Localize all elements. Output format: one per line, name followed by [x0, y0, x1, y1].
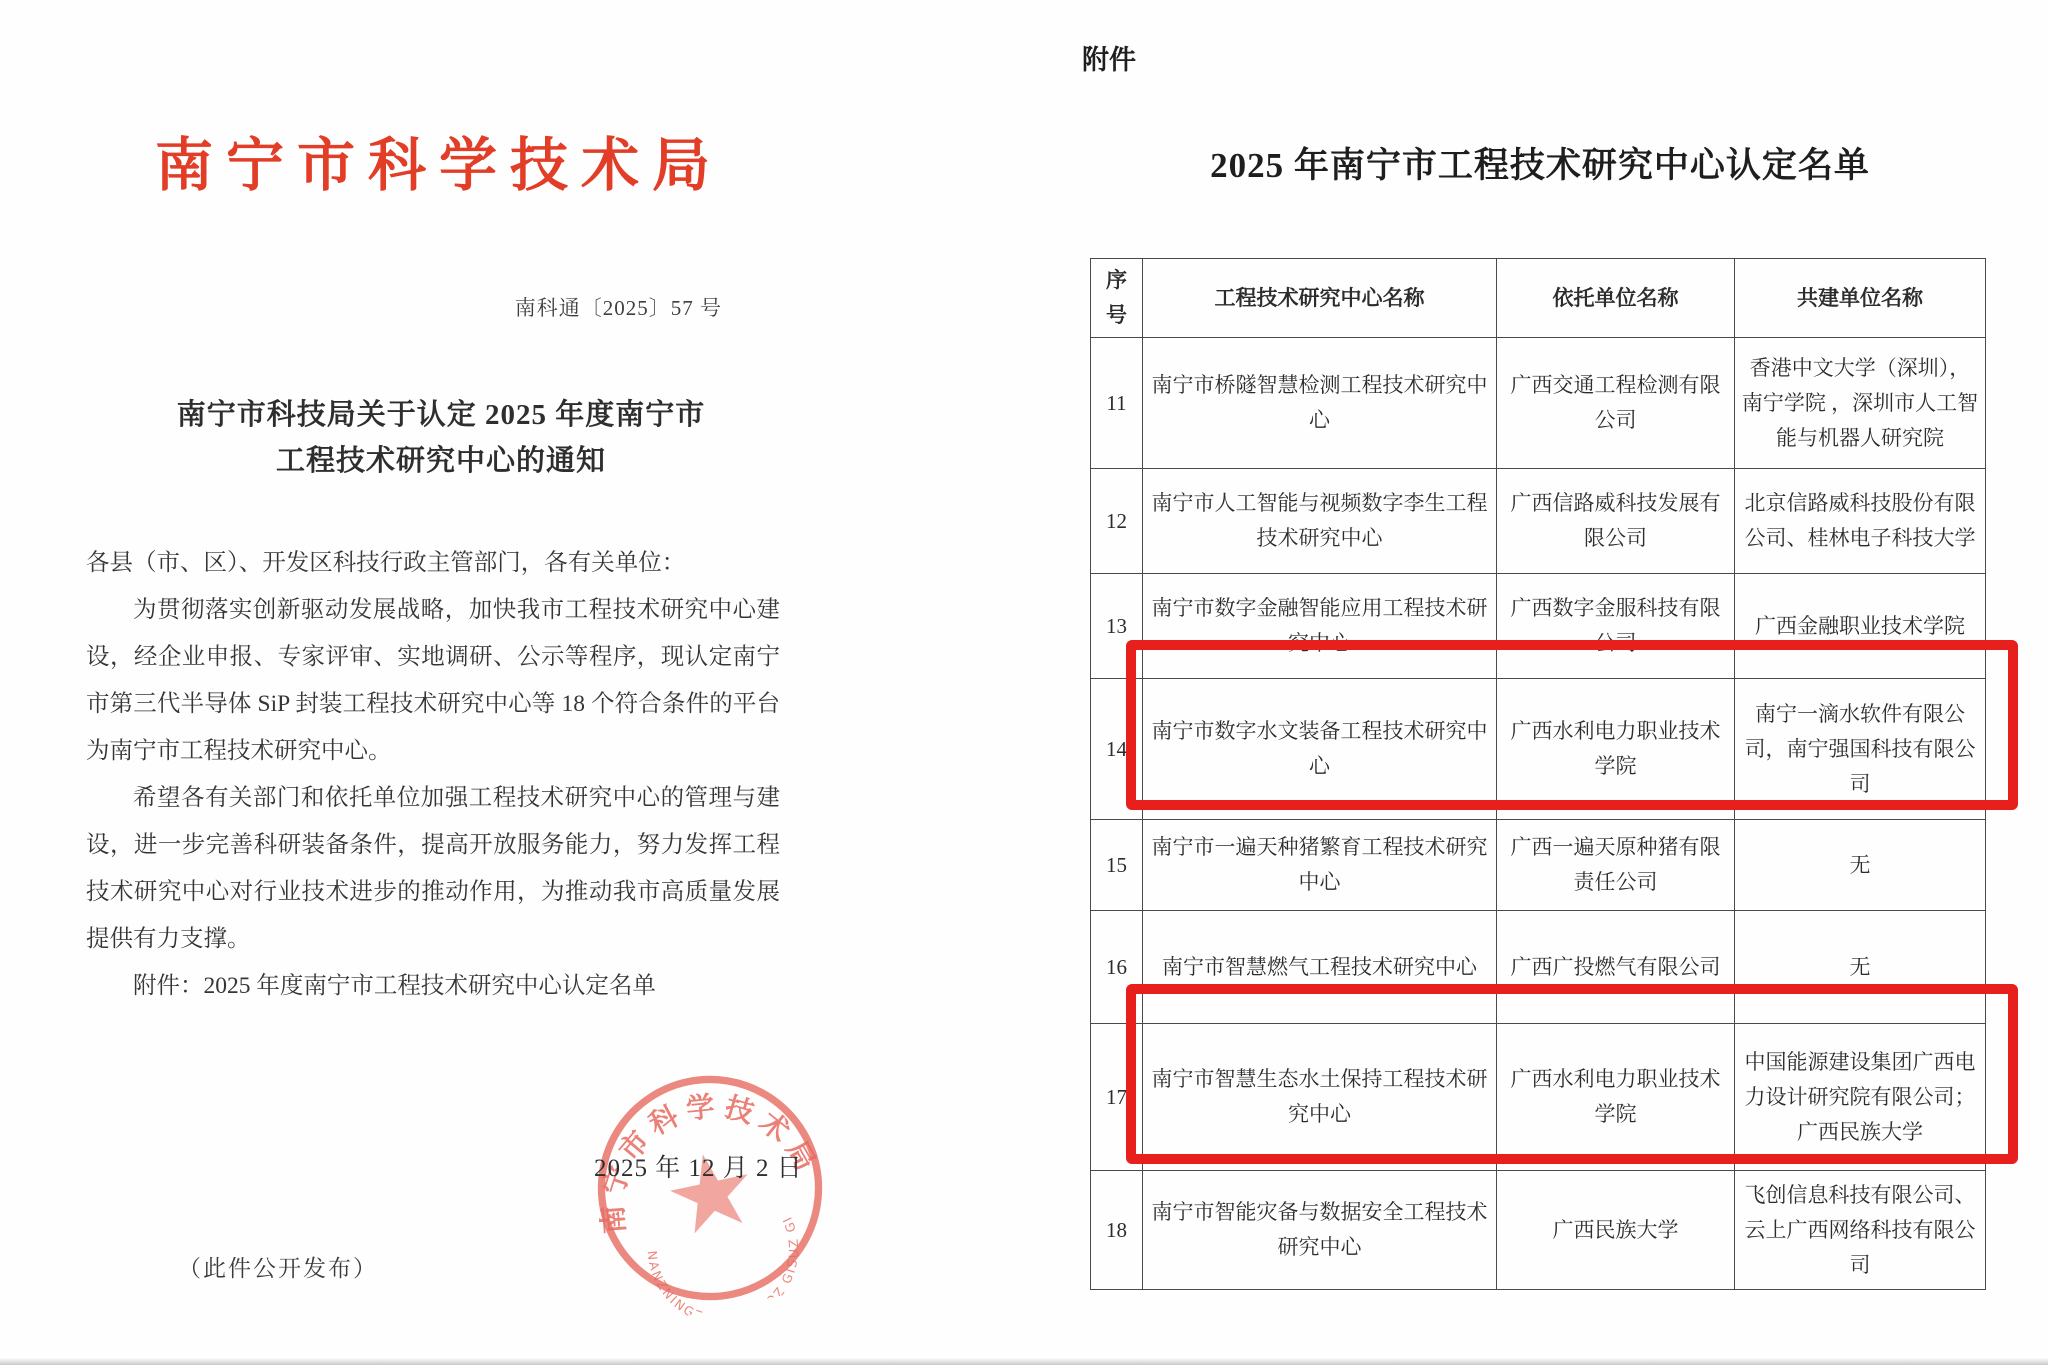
cell-unit: 广西民族大学 — [1497, 1171, 1735, 1290]
scan-bottom-edge — [0, 1358, 2048, 1365]
cell-partners: 南宁一滴水软件有限公司，南宁强国科技有限公司 — [1735, 679, 1986, 820]
table-row: 16 南宁市智慧燃气工程技术研究中心 广西广投燃气有限公司 无 — [1091, 911, 1986, 1024]
header-host-unit: 依托单位名称 — [1497, 259, 1735, 338]
roster-table-wrap: 序号 工程技术研究中心名称 依托单位名称 共建单位名称 11 南宁市桥隧智慧检测… — [1090, 258, 1987, 1290]
cell-unit: 广西信路威科技发展有限公司 — [1497, 469, 1735, 574]
cell-no: 15 — [1091, 820, 1143, 911]
paragraph-1: 为贯彻落实创新驱动发展战略，加快我市工程技术研究中心建设，经企业申报、专家评审、… — [86, 587, 780, 775]
cell-partners: 中国能源建设集团广西电力设计研究院有限公司；广西民族大学 — [1735, 1024, 1986, 1171]
header-no: 序号 — [1091, 259, 1143, 338]
cell-unit: 广西水利电力职业技术学院 — [1497, 1024, 1735, 1171]
cell-no: 14 — [1091, 679, 1143, 820]
salutation: 各县（市、区）、开发区科技行政主管部门，各有关单位： — [86, 540, 780, 587]
cell-partners: 飞创信息科技有限公司、云上广西网络科技有限公司 — [1735, 1171, 1986, 1290]
official-seal: 南宁市科学技术局 NANZNINGZ SI GOHYOZ GISUZ GIZ — [568, 1046, 853, 1331]
roster-title: 2025 年南宁市工程技术研究中心认定名单 — [1060, 138, 2020, 188]
cell-partners: 北京信路威科技股份有限公司、桂林电子科技大学 — [1735, 469, 1986, 574]
cell-partners: 无 — [1735, 911, 1986, 1024]
paragraph-2: 希望各有关部门和依托单位加强工程技术研究中心的管理与建设，进一步完善科研装备条件… — [86, 775, 780, 963]
cell-center: 南宁市数字金融智能应用工程技术研究中心 — [1143, 574, 1497, 679]
cell-no: 13 — [1091, 574, 1143, 679]
cell-no: 11 — [1091, 338, 1143, 469]
cell-no: 17 — [1091, 1024, 1143, 1171]
notice-heading: 南宁市科技局关于认定 2025 年度南宁市 工程技术研究中心的通知 — [55, 392, 827, 484]
cell-center: 南宁市人工智能与视频数字李生工程技术研究中心 — [1143, 469, 1497, 574]
document-date: 2025 年 12 月 2 日 — [594, 1148, 803, 1184]
table-header-row: 序号 工程技术研究中心名称 依托单位名称 共建单位名称 — [1091, 259, 1986, 338]
cell-center: 南宁市智慧燃气工程技术研究中心 — [1143, 911, 1497, 1024]
attachment-reference: 附件：2025 年度南宁市工程技术研究中心认定名单 — [86, 963, 780, 1010]
table-row-highlighted: 17 南宁市智慧生态水土保持工程技术研究中心 广西水利电力职业技术学院 中国能源… — [1091, 1024, 1986, 1171]
cell-no: 16 — [1091, 911, 1143, 1024]
table-row: 18 南宁市智能灾备与数据安全工程技术研究中心 广西民族大学 飞创信息科技有限公… — [1091, 1171, 1986, 1290]
notice-body: 各县（市、区）、开发区科技行政主管部门，各有关单位： 为贯彻落实创新驱动发展战略… — [86, 540, 780, 1010]
cell-unit: 广西数字金服科技有限公司 — [1497, 574, 1735, 679]
cell-no: 12 — [1091, 469, 1143, 574]
table-row: 15 南宁市一遍天种猪繁育工程技术研究中心 广西一遍天原种猪有限责任公司 无 — [1091, 820, 1986, 911]
notice-heading-line1: 南宁市科技局关于认定 2025 年度南宁市 — [55, 392, 827, 438]
table-row: 13 南宁市数字金融智能应用工程技术研究中心 广西数字金服科技有限公司 广西金融… — [1091, 574, 1986, 679]
table-row-highlighted: 14 南宁市数字水文装备工程技术研究中心 广西水利电力职业技术学院 南宁一滴水软… — [1091, 679, 1986, 820]
cell-center: 南宁市智慧生态水土保持工程技术研究中心 — [1143, 1024, 1497, 1171]
cell-center: 南宁市数字水文装备工程技术研究中心 — [1143, 679, 1497, 820]
cell-partners: 广西金融职业技术学院 — [1735, 574, 1986, 679]
cell-unit: 广西广投燃气有限公司 — [1497, 911, 1735, 1024]
scanned-document: 南宁市科学技术局 南科通〔2025〕57 号 南宁市科技局关于认定 2025 年… — [0, 0, 2048, 1365]
header-center-name: 工程技术研究中心名称 — [1143, 259, 1497, 338]
cell-unit: 广西水利电力职业技术学院 — [1497, 679, 1735, 820]
roster-table: 序号 工程技术研究中心名称 依托单位名称 共建单位名称 11 南宁市桥隧智慧检测… — [1090, 258, 1986, 1290]
table-row: 12 南宁市人工智能与视频数字李生工程技术研究中心 广西信路威科技发展有限公司 … — [1091, 469, 1986, 574]
cell-unit: 广西一遍天原种猪有限责任公司 — [1497, 820, 1735, 911]
cell-center: 南宁市一遍天种猪繁育工程技术研究中心 — [1143, 820, 1497, 911]
cell-partners: 无 — [1735, 820, 1986, 911]
document-number: 南科通〔2025〕57 号 — [60, 292, 722, 322]
cell-no: 18 — [1091, 1171, 1143, 1290]
notice-heading-line2: 工程技术研究中心的通知 — [55, 438, 827, 484]
cell-unit: 广西交通工程检测有限公司 — [1497, 338, 1735, 469]
cell-partners: 香港中文大学（深圳），南宁学院 ，深圳市人工智能与机器人研究院 — [1735, 338, 1986, 469]
header-partner-unit: 共建单位名称 — [1735, 259, 1986, 338]
agency-title: 南宁市科学技术局 — [58, 118, 820, 202]
cell-center: 南宁市桥隧智慧检测工程技术研究中心 — [1143, 338, 1497, 469]
attachment-label: 附件 — [1082, 38, 1136, 77]
table-row: 11 南宁市桥隧智慧检测工程技术研究中心 广西交通工程检测有限公司 香港中文大学… — [1091, 338, 1986, 469]
cell-center: 南宁市智能灾备与数据安全工程技术研究中心 — [1143, 1171, 1497, 1290]
public-release-note: （此件公开发布） — [178, 1250, 378, 1283]
